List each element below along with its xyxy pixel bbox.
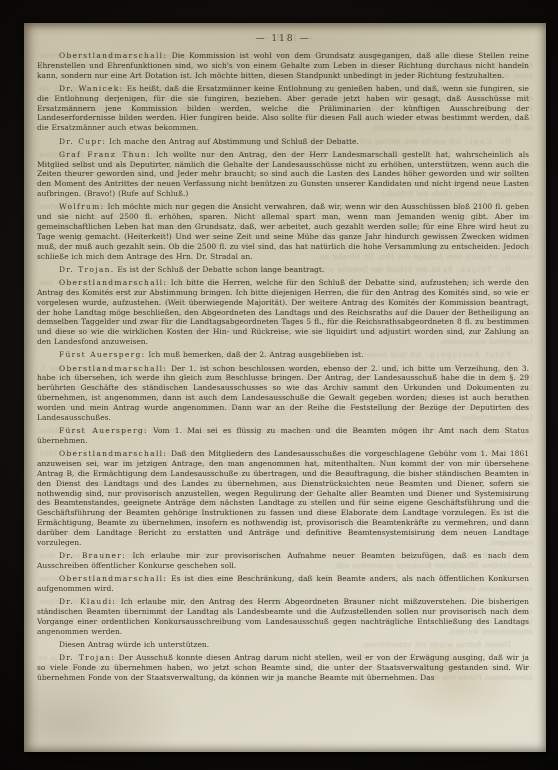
- document-page: — 118 — Oberstlandmarschall: Die Kommiss…: [24, 23, 546, 752]
- paragraph: Fürst Auersperg: Ich muß bemerken, daß d…: [37, 350, 529, 360]
- paragraph-text: Diesen Antrag würde ich unterstützen.: [59, 640, 209, 649]
- page-number: — 118 —: [37, 34, 529, 44]
- speaker-name: Dr. Brauner:: [59, 551, 126, 560]
- paragraph: Graf Franz Thun: Ich wollte nur den Antr…: [37, 150, 529, 199]
- paragraph: Dr. Brauner: Ich erlaube mir zur proviso…: [37, 551, 529, 571]
- speaker-name: Dr. Cupr:: [59, 137, 106, 146]
- speaker-name: Oberstlandmarschall:: [59, 364, 167, 373]
- paragraph: Oberstlandmarschall: Es ist dies eine Be…: [37, 574, 529, 594]
- paragraph: Wolfrum: Ich möchte mich nur gegen die A…: [37, 202, 529, 261]
- paragraph: Dr. Cupr: Ich mache den Antrag auf Absti…: [37, 137, 529, 147]
- speaker-name: Dr. Trojan:: [59, 653, 115, 662]
- paragraph-text: Ich möchte mich nur gegen die Ansicht ve…: [37, 202, 529, 260]
- paragraph-text: Ich muß bemerken, daß der 2. Antrag ausg…: [148, 350, 363, 359]
- paragraph: Dr. Wanicek: Es heißt, daß die Ersatzmän…: [37, 84, 529, 133]
- speaker-name: Fürst Auersperg:: [59, 426, 148, 435]
- paragraph: Oberstlandmarschall: Ich bitte die Herre…: [37, 278, 529, 347]
- paragraph-text: Es ist der Schluß der Debatte schon lang…: [117, 265, 324, 274]
- paragraph-text: Ich bitte die Herren, welche für den Sch…: [37, 278, 529, 346]
- speaker-name: Dr. Wanicek:: [59, 84, 123, 93]
- speaker-name: Oberstlandmarschall:: [59, 449, 167, 458]
- paragraph: Fürst Auersperg: Vom 1. Mai sei es flüss…: [37, 426, 529, 446]
- text-layer: — 118 — Oberstlandmarschall: Die Kommiss…: [24, 23, 546, 752]
- speaker-name: Fürst Auersperg:: [59, 350, 145, 359]
- paragraph-text: Ich mache den Antrag auf Abstimmung und …: [109, 137, 359, 146]
- paragraph-text: Daß den Mitgliedern des Landesausschußes…: [37, 449, 529, 547]
- speaker-name: Dr. Klaudi:: [59, 597, 116, 606]
- paragraph: Dr. Trojan: Der Ausschuß konnte diesen A…: [37, 653, 529, 683]
- speaker-name: Oberstlandmarschall:: [59, 278, 167, 287]
- speaker-name: Oberstlandmarschall:: [59, 574, 167, 583]
- paragraph: Oberstlandmarschall: Die Kommission ist …: [37, 51, 529, 81]
- paragraph: Oberstlandmarschall: Der 1. ist schon be…: [37, 364, 529, 423]
- speaker-name: Dr. Trojan.: [59, 265, 114, 274]
- paragraph: Dr. Trojan. Es ist der Schluß der Debatt…: [37, 265, 529, 275]
- paragraph: Oberstlandmarschall: Daß den Mitgliedern…: [37, 449, 529, 547]
- paragraph: Diesen Antrag würde ich unterstützen.: [37, 640, 529, 650]
- speaker-name: Wolfrum:: [59, 202, 104, 211]
- speaker-name: Oberstlandmarschall:: [59, 51, 167, 60]
- speaker-name: Graf Franz Thun:: [59, 150, 151, 159]
- paragraph: Dr. Klaudi: Ich erlaube mir, den Antrag …: [37, 597, 529, 636]
